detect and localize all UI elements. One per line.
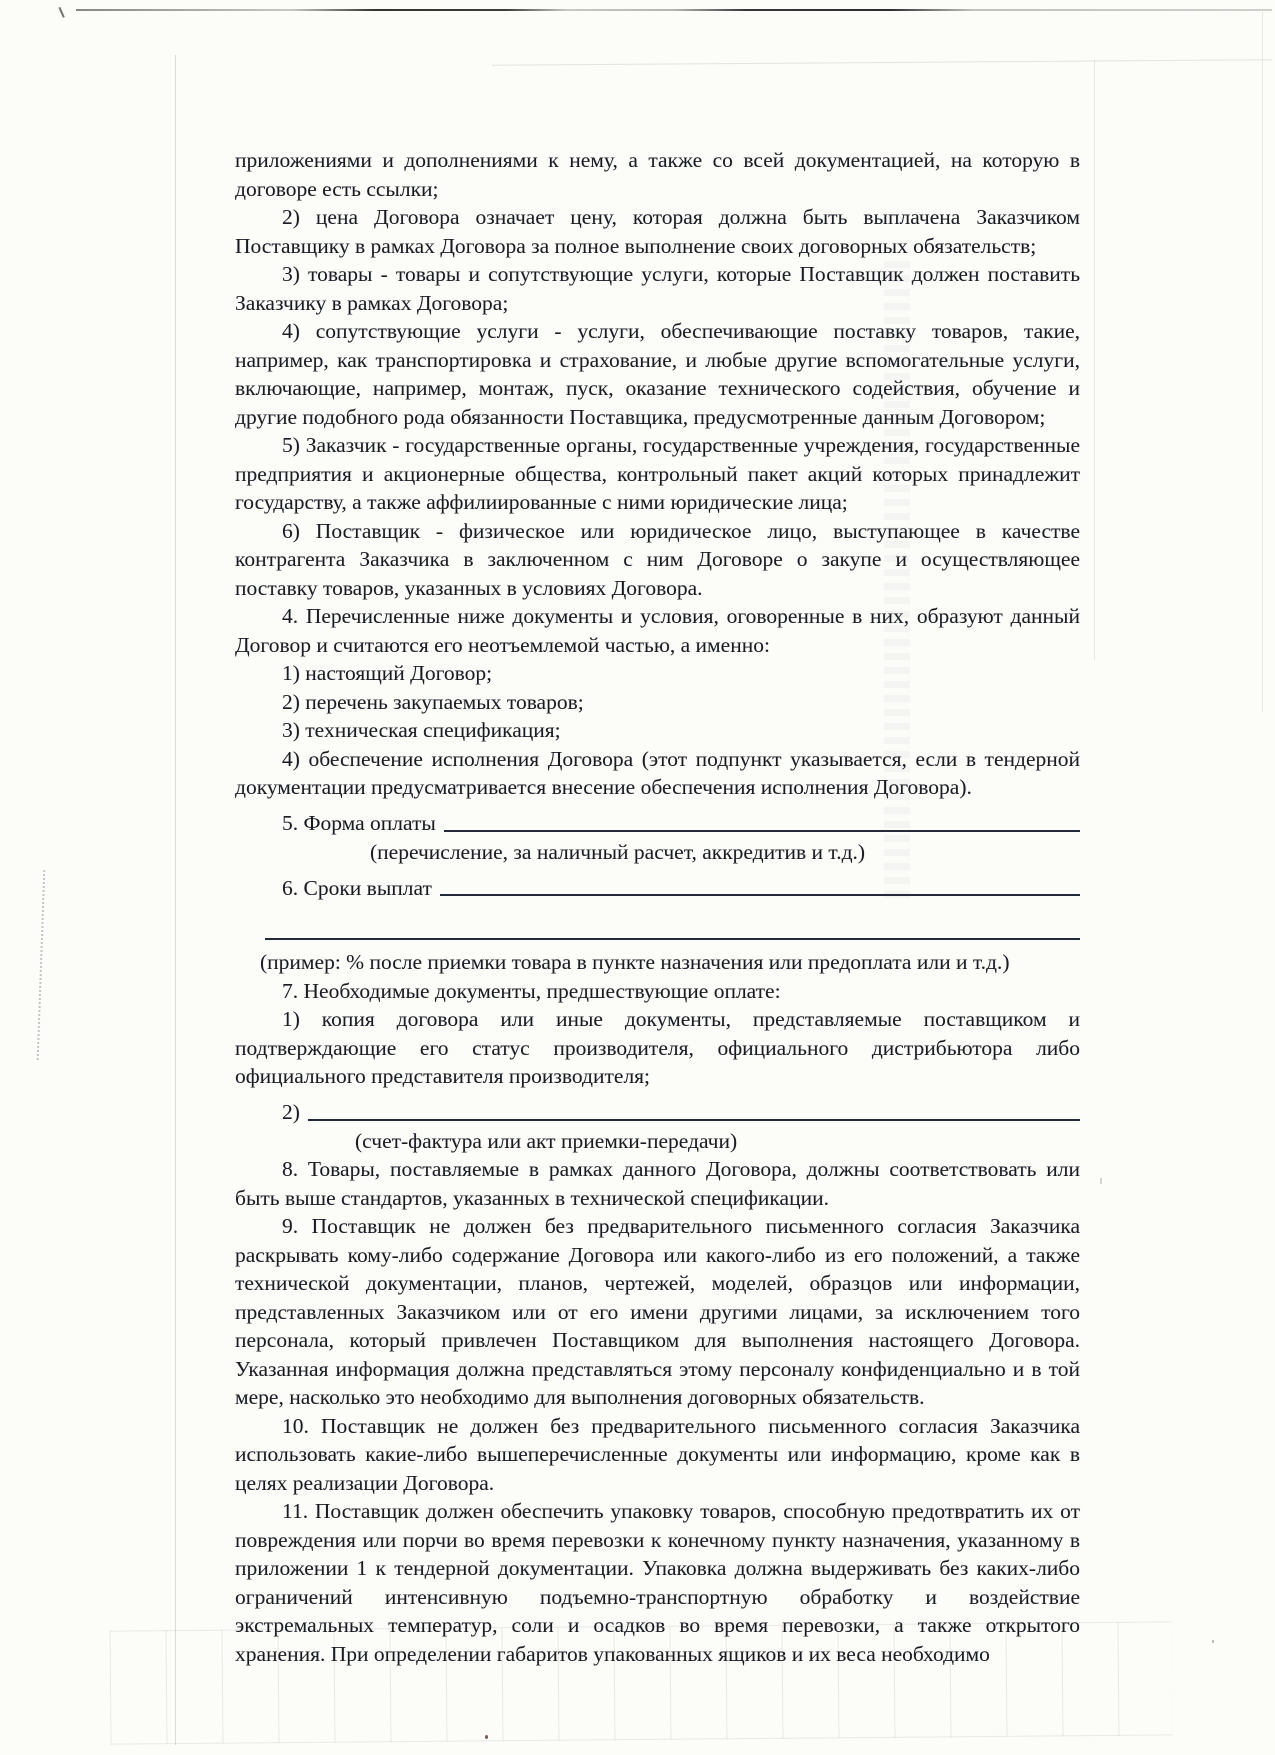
paragraph: 5) Заказчик - государственные органы, го… [235, 431, 1080, 517]
paragraph: 4) обеспечение исполнения Договора (этот… [235, 745, 1080, 802]
paragraph: 6) Поставщик - физическое или юридическо… [235, 517, 1080, 603]
paragraph: 9. Поставщик не должен без предварительн… [235, 1212, 1080, 1412]
document-2-field: 2) [235, 1091, 1080, 1127]
paragraph: 4) сопутствующие услуги - услуги, обеспе… [235, 317, 1080, 431]
scan-bleedthrough-line [1094, 60, 1095, 660]
paragraph: 2) перечень закупаемых товаров; [235, 688, 1080, 717]
scan-top-tick-artifact [58, 1, 77, 18]
paragraph: 11. Поставщик должен обеспечить упаковку… [235, 1497, 1080, 1668]
paragraph: 2) цена Договора означает цену, которая … [235, 203, 1080, 260]
blank-underline [265, 938, 1080, 940]
paragraph: 7. Необходимые документы, предшествующие… [235, 977, 1080, 1006]
field-label: 5. Форма оплаты [282, 809, 436, 838]
paragraph: 4. Перечисленные ниже документы и услови… [235, 602, 1080, 659]
field-caption: (перечисление, за наличный расчет, аккре… [235, 838, 1080, 867]
payment-form-field: 5. Форма оплаты [235, 802, 1080, 838]
contract-text: приложениями и дополнениями к нему, а та… [235, 146, 1080, 1668]
scan-bleedthrough-line [1262, 12, 1263, 712]
scanned-page: приложениями и дополнениями к нему, а та… [0, 0, 1275, 1755]
field-caption: (счет-фактура или акт приемки-передачи) [235, 1127, 1080, 1156]
paragraph: 3) техническая спецификация; [235, 716, 1080, 745]
blank-underline [308, 1091, 1080, 1127]
payment-terms-field: 6. Сроки выплат [235, 866, 1080, 902]
scan-left-border-artifact [175, 55, 176, 1745]
field-label: 2) [282, 1098, 300, 1127]
scan-speck [1212, 1640, 1214, 1643]
paragraph: приложениями и дополнениями к нему, а та… [235, 146, 1080, 203]
blank-underline [444, 802, 1080, 838]
scan-margin-mark [37, 870, 48, 1060]
paragraph: 10. Поставщик не должен без предваритель… [235, 1412, 1080, 1498]
paragraph: 8. Товары, поставляемые в рамках данного… [235, 1155, 1080, 1212]
blank-underline [440, 866, 1080, 902]
payment-terms-extra-blank-line [235, 902, 1080, 948]
field-label: 6. Сроки выплат [282, 874, 432, 903]
scan-speck [485, 1735, 488, 1739]
paragraph: 1) копия договора или иные документы, пр… [235, 1005, 1080, 1091]
field-caption: (пример: % после приемки товара в пункте… [235, 948, 1080, 977]
scan-bleedthrough-line [492, 59, 1272, 65]
paragraph: 3) товары - товары и сопутствующие услуг… [235, 260, 1080, 317]
paragraph: 1) настоящий Договор; [235, 659, 1080, 688]
scan-top-edge-artifact [76, 9, 1272, 11]
scan-speck [1100, 1178, 1102, 1184]
